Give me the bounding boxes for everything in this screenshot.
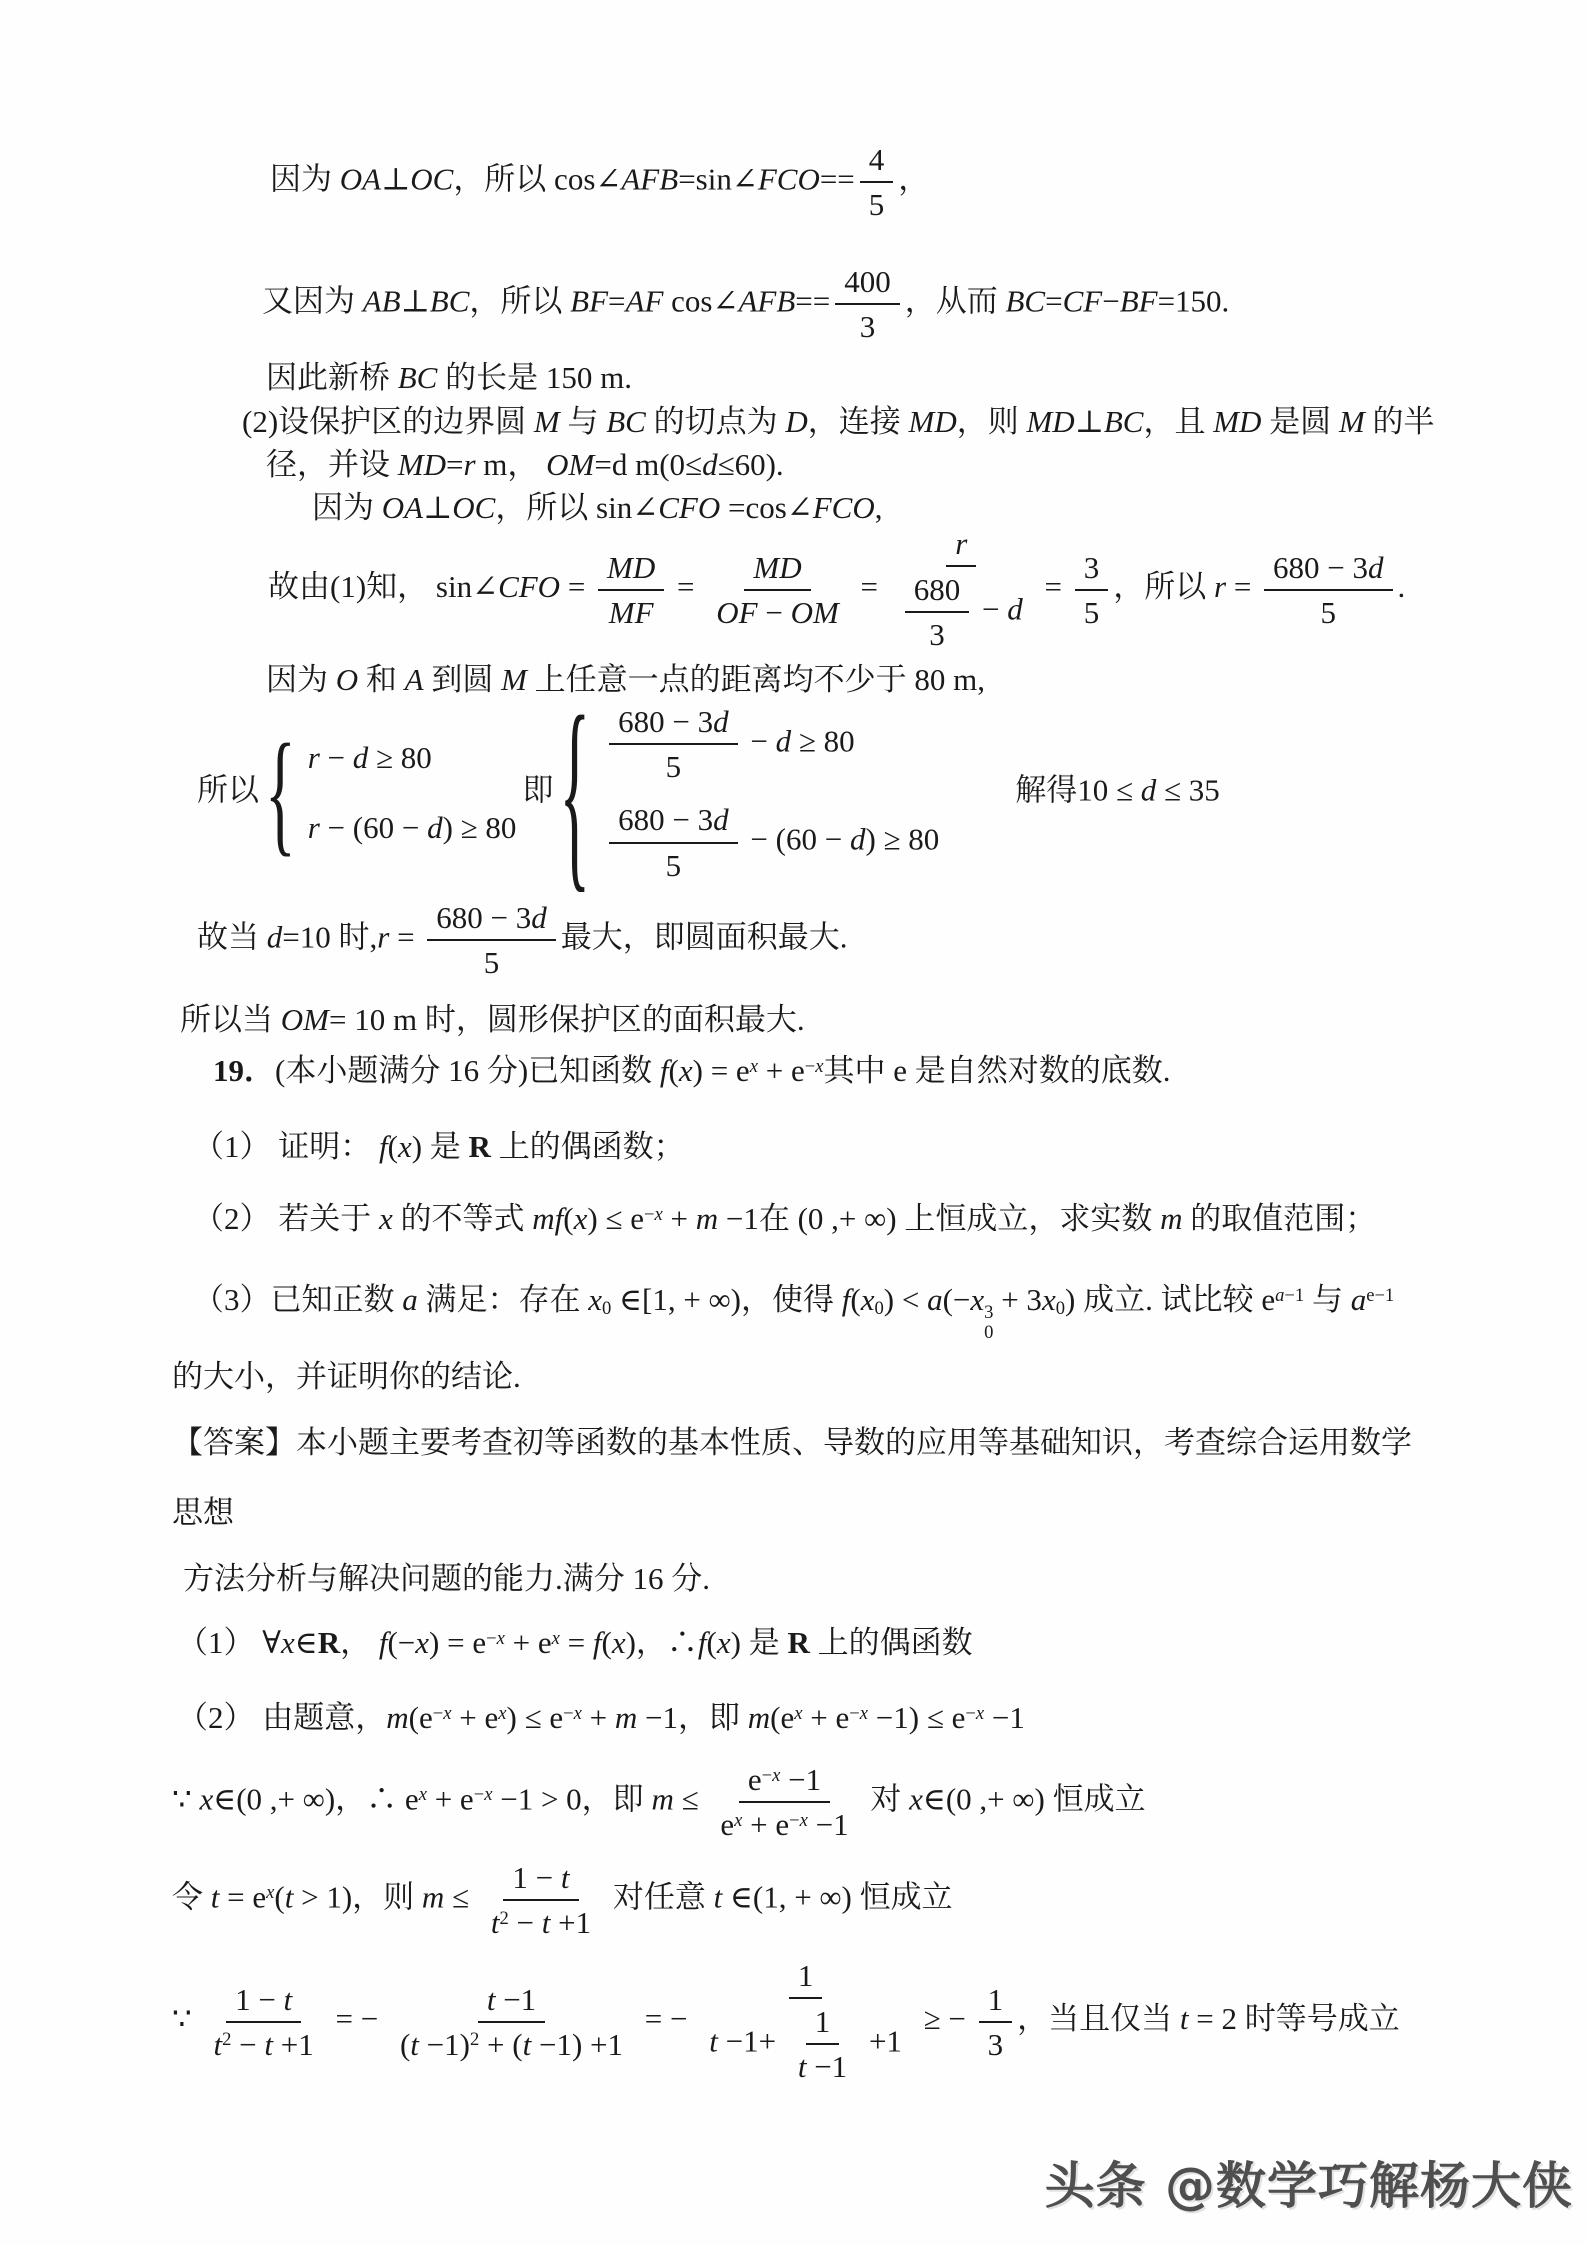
math-variable: d: [427, 810, 443, 845]
math-text: 对任意: [605, 1879, 714, 1914]
math-text: ∈(1, + ∞) 恒成立: [722, 1879, 952, 1914]
math-variable: x: [976, 1703, 984, 1724]
math-variable: t: [714, 1879, 723, 1914]
math-bold: 19．: [213, 1053, 275, 1088]
math-text: ，所以: [469, 283, 570, 318]
fraction-numerator: 1: [806, 2002, 840, 2045]
math-line-2: 因此新桥 BC 的长是 150 m.: [266, 358, 632, 398]
math-text: )，∴: [626, 1625, 698, 1660]
math-variable: OA: [340, 161, 381, 196]
fraction-numerator: MD: [744, 548, 810, 591]
math-text: =: [1037, 569, 1070, 604]
math-text: （1） ∀: [177, 1625, 281, 1660]
math-text: 680 − 3: [618, 802, 713, 837]
math-text: 2: [470, 2029, 479, 2050]
math-text: −: [805, 1056, 816, 1077]
math-variable: M: [1339, 404, 1365, 439]
math-variable: x: [860, 1703, 868, 1724]
fraction-denominator: MF: [600, 591, 663, 632]
math-text: =: [1226, 569, 1259, 604]
math-variable: x: [734, 1810, 742, 1831]
math-variable: t: [561, 1860, 570, 1895]
fraction-numerator: 400: [835, 262, 900, 305]
math-text: ，则: [957, 404, 1027, 439]
math-line-7: 因为 O 和 A 到圆 M 上任意一点的距离均不少于 80 m,: [266, 660, 985, 700]
math-variable: OC: [410, 161, 453, 196]
math-variable: r: [308, 810, 320, 845]
fraction: 680 − 3d5: [1264, 548, 1392, 632]
math-variable: t: [523, 2027, 532, 2062]
math-text: ，: [898, 161, 929, 196]
math-variable: a: [1351, 1282, 1367, 1317]
superscript: x: [419, 1784, 427, 1805]
math-variable: x: [679, 1053, 693, 1088]
math-line-9: 故当 d=10 时,r = 680 − 3d5最大，即圆面积最大.: [197, 898, 848, 982]
math-text: ，连接: [808, 404, 909, 439]
subscript: 0: [602, 1298, 611, 1319]
math-text: (: [602, 1625, 612, 1660]
math-variable: MD: [753, 550, 801, 585]
math-variable: d: [1141, 772, 1157, 807]
math-line-20: （2） 由题意，m(e−x + ex) ≤ e−x + m −1，即 m(ex …: [177, 1698, 1025, 1738]
math-variable: a: [402, 1282, 418, 1317]
math-line-14: （3）已知正数 a 满足：存在 x0 ∈[1, + ∞)，使得 f(x0) < …: [193, 1280, 1394, 1342]
math-variable: x: [717, 1625, 731, 1660]
math-line-13: （2） 若关于 x 的不等式 mf(x) ≤ e−x + m −1在 (0 ,+…: [193, 1199, 1376, 1239]
math-variable: x: [861, 1282, 875, 1317]
math-variable: AF: [626, 283, 664, 318]
math-text: −1: [1284, 1285, 1304, 1306]
math-text: − (60 −: [320, 810, 427, 845]
math-text: 的不等式: [393, 1201, 533, 1236]
math-text: = 2 时等号成立: [1189, 2001, 1400, 2036]
fraction-denominator: 3: [979, 2023, 1013, 2064]
math-variable: AFB: [738, 283, 795, 318]
fraction-denominator: OF − OM: [707, 591, 848, 632]
math-text: 1: [798, 1958, 814, 1993]
math-text: （1） 证明：: [193, 1129, 379, 1164]
math-text: −: [743, 723, 776, 758]
math-text: 的切点为: [646, 404, 786, 439]
math-line-23: ∵ 1 − tt2 − t +1 = − t −1(t −1)2 + (t −1…: [172, 1956, 1400, 2088]
superscript: −x: [563, 1703, 582, 1724]
math-text: ∈(0 ,+ ∞)，∴ e: [213, 1781, 418, 1816]
math-variable: mf: [532, 1201, 563, 1236]
math-text: 0: [1056, 1298, 1065, 1319]
math-text: =: [389, 919, 422, 954]
math-variable: x: [654, 1204, 662, 1225]
math-text: 0: [602, 1298, 611, 1319]
math-variable: OM: [791, 595, 839, 630]
math-text: =: [669, 569, 702, 604]
left-brace: {: [265, 725, 296, 863]
superscript: −x: [433, 1703, 452, 1724]
math-variable: t: [284, 1982, 293, 2017]
math-text: ==: [795, 283, 830, 318]
math-variable: f: [593, 1625, 602, 1660]
math-variable: MF: [609, 595, 654, 630]
math-text: （2） 若关于: [193, 1201, 379, 1236]
math-text: 即: [522, 772, 553, 807]
math-text: ⊥: [381, 161, 410, 196]
superscript: −x: [644, 1204, 663, 1225]
math-text: 5: [484, 945, 500, 980]
math-variable: x: [266, 1882, 274, 1903]
math-text: −1: [495, 1982, 536, 2017]
document-page: 因为 OA⊥OC，所以 cos∠AFB=sin∠FCO==45，又因为 AB⊥B…: [0, 0, 1587, 2245]
math-variable: AB: [363, 283, 401, 318]
math-variable: x: [415, 1625, 429, 1660]
math-text: (: [707, 1625, 717, 1660]
math-line-12: （1） 证明： f(x) 是 R 上的偶函数；: [193, 1127, 685, 1167]
subscript: 0: [874, 1298, 883, 1319]
math-variable: x: [772, 1765, 780, 1786]
subscript: 0: [984, 1323, 993, 1343]
math-text: +: [582, 1700, 615, 1735]
superscript: x: [552, 1628, 560, 1649]
math-line-8: 所以{r − d ≥ 80r − (60 − d) ≥ 80即{680 − 3d…: [197, 702, 1220, 885]
math-text: =: [560, 569, 593, 604]
math-text: + e: [742, 1807, 789, 1842]
cases-rows: r − d ≥ 80r − (60 − d) ≥ 80: [308, 738, 517, 849]
math-variable: d: [702, 447, 718, 482]
math-variable: d: [713, 704, 729, 739]
fraction-denominator: 5: [657, 844, 691, 885]
fraction-denominator: 5: [1312, 591, 1346, 632]
math-text: 的长是 150 m.: [437, 360, 632, 395]
math-text: 【答案】本小题主要考查初等函数的基本性质、导数的应用等基础知识，考查综合运用数学: [172, 1425, 1412, 1460]
math-text: =sin∠: [678, 161, 758, 196]
superscript: −x: [965, 1703, 984, 1724]
math-line-3: (2)设保护区的边界圆 M 与 BC 的切点为 D，连接 MD，则 MD⊥BC，…: [242, 402, 1435, 442]
math-text: =: [446, 447, 463, 482]
math-text: ==: [820, 161, 855, 196]
math-text: 1: [815, 2004, 831, 2039]
fraction-denominator: ex + e−x −1: [711, 1803, 857, 1844]
math-text: 上的偶函数；: [491, 1129, 685, 1164]
math-text: 的半: [1365, 404, 1435, 439]
math-text: 1: [988, 1982, 1004, 2017]
math-text: 3: [929, 617, 945, 652]
fraction: 1t −1+ 1t −1 +1: [700, 1956, 911, 2088]
math-variable: BC: [606, 404, 646, 439]
math-variable: x: [484, 1784, 492, 1805]
math-line-18: 方法分析与解决问题的能力.满分 16 分.: [183, 1559, 710, 1599]
math-variable: x: [398, 1129, 412, 1164]
math-text: +: [663, 1201, 696, 1236]
math-text: (: [850, 1282, 860, 1317]
fraction-numerator: 1 − t: [503, 1858, 578, 1901]
math-text: − (60 −: [743, 822, 850, 857]
math-text: (e: [770, 1700, 794, 1735]
math-text: 5: [869, 187, 885, 222]
math-variable: x: [794, 1703, 802, 1724]
math-text: 5: [666, 749, 682, 784]
math-text: ) 是: [731, 1625, 788, 1660]
math-text: 令: [172, 1879, 211, 1914]
math-bold: R: [318, 1625, 340, 1660]
cases-row: r − d ≥ 80: [308, 738, 432, 778]
fraction: 1 − tt2 − t +1: [204, 1980, 322, 2064]
math-variable: r: [308, 740, 320, 775]
math-text: (2)设保护区的边界圆: [242, 404, 534, 439]
superscript: −x: [849, 1703, 868, 1724]
fraction-denominator: (t −1)2 + (t −1) +1: [391, 2023, 632, 2064]
math-text: ) ≥ 80: [443, 810, 517, 845]
fraction-numerator: e−x −1: [739, 1760, 830, 1803]
math-text: e: [748, 1762, 762, 1797]
math-text: 1 −: [235, 1982, 283, 2017]
math-text: −: [433, 1703, 444, 1724]
math-text: 上的偶函数: [810, 1625, 973, 1660]
fraction: r6803 − d: [891, 524, 1032, 656]
superscript: a−1: [1275, 1285, 1304, 1306]
math-variable: x: [574, 1703, 582, 1724]
math-text: (本小题满分 16 分)已知函数: [275, 1053, 660, 1088]
math-text: 的大小，并证明你的结论.: [172, 1359, 521, 1394]
math-text: =10 时,: [282, 919, 377, 954]
math-line-15: 的大小，并证明你的结论.: [172, 1357, 521, 1397]
math-text: ，所以: [1113, 569, 1214, 604]
math-text: 与: [1304, 1282, 1351, 1317]
math-text: cos∠: [663, 283, 738, 318]
math-variable: m: [386, 1700, 408, 1735]
math-variable: m: [696, 1201, 718, 1236]
math-text: > 1)，则: [293, 1879, 422, 1914]
superscript: −x: [805, 1056, 824, 1077]
superscript: e−1: [1366, 1285, 1394, 1306]
math-variable: A: [405, 662, 424, 697]
math-text: ，且: [1143, 404, 1213, 439]
math-text: 2: [499, 1908, 508, 1929]
math-variable: MD: [1026, 404, 1074, 439]
math-variable: MD: [607, 550, 655, 585]
math-variable: a: [1275, 1285, 1284, 1306]
math-text: 400: [844, 264, 891, 299]
math-text: 故当: [197, 919, 267, 954]
math-text: ) ≥ 80: [865, 822, 939, 857]
math-variable: D: [785, 404, 807, 439]
math-variable: t: [264, 2027, 273, 2062]
math-variable: r: [463, 447, 475, 482]
math-text: + e: [803, 1700, 850, 1735]
fraction-numerator: 680 − 3d: [609, 800, 737, 843]
math-text: −1) ≤ e: [868, 1700, 965, 1735]
math-text: ) = e: [693, 1053, 750, 1088]
math-variable: r: [377, 919, 389, 954]
watermark: 头条 @数学巧解杨大侠: [1045, 2146, 1573, 2218]
math-text: 680: [914, 572, 961, 607]
math-text: ) 成立. 试比较 e: [1065, 1282, 1275, 1317]
math-variable: x: [588, 1282, 602, 1317]
math-text: −: [231, 2027, 264, 2062]
math-text: 是圆: [1261, 404, 1339, 439]
fraction-numerator: r: [946, 524, 976, 567]
math-variable: f: [379, 1129, 388, 1164]
math-text: ≤60).: [718, 447, 784, 482]
math-text: ) = e: [429, 1625, 486, 1660]
math-line-0: 因为 OA⊥OC，所以 cos∠AFB=sin∠FCO==45，: [270, 140, 929, 224]
subscript: 0: [1056, 1298, 1065, 1319]
math-text: + e: [427, 1781, 474, 1816]
superscript: x: [734, 1810, 742, 1831]
superscript: −x: [486, 1628, 505, 1649]
math-variable: t: [1180, 2001, 1189, 2036]
math-text: 因为: [312, 490, 382, 525]
math-text: + e: [452, 1700, 499, 1735]
fraction-denominator: t2 − t +1: [204, 2023, 322, 2064]
math-text: 0: [874, 1298, 883, 1319]
cases-row: 680 − 3d5 − d ≥ 80: [604, 702, 854, 786]
math-text: (: [669, 1053, 679, 1088]
math-text: 解得10 ≤: [1015, 772, 1141, 807]
math-text: 思想: [172, 1495, 234, 1530]
fraction: 680 − 3d5: [609, 800, 737, 884]
math-text: −: [563, 1703, 574, 1724]
math-text: 和: [358, 662, 405, 697]
superscript: −x: [474, 1784, 493, 1805]
math-text: ≤ 35: [1156, 772, 1220, 807]
math-line-17: 思想: [172, 1493, 234, 1533]
math-text: .: [1398, 569, 1406, 604]
math-variable: m: [615, 1700, 637, 1735]
math-variable: d: [1007, 591, 1023, 626]
math-variable: x: [552, 1628, 560, 1649]
left-brace: {: [559, 686, 590, 900]
cases-system: {r − d ≥ 80r − (60 − d) ≥ 80: [265, 738, 516, 849]
math-text: m，: [476, 447, 547, 482]
math-variable: OM: [281, 1002, 329, 1037]
math-text: (: [274, 1879, 284, 1914]
fraction-numerator: 3: [1075, 548, 1109, 591]
fraction-numerator: 680: [905, 570, 970, 613]
fraction-numerator: 1: [789, 1956, 823, 1999]
math-text: 上任意一点的距离均不少于 80 m,: [527, 662, 985, 697]
fraction: t −1(t −1)2 + (t −1) +1: [391, 1980, 632, 2064]
math-text: 4: [869, 142, 885, 177]
math-variable: M: [534, 404, 560, 439]
math-line-1: 又因为 AB⊥BC，所以 BF=AF cos∠AFB==4003，从而 BC=C…: [262, 262, 1229, 346]
fraction: 680 − 3d5: [609, 702, 737, 786]
fraction: MDOF − OM: [707, 548, 848, 632]
math-text: ∈[1, + ∞)，使得: [611, 1282, 841, 1317]
math-variable: OM: [546, 447, 594, 482]
fraction-denominator: 5: [657, 745, 691, 786]
math-text: 又因为: [262, 283, 363, 318]
math-text: 因此新桥: [266, 360, 398, 395]
fraction: MDMF: [598, 548, 664, 632]
math-text: −1: [984, 1700, 1025, 1735]
math-line-10: 所以当 OM= 10 m 时，圆形保护区的面积最大.: [180, 1000, 805, 1040]
math-text: = −: [637, 2001, 695, 2036]
math-text: （2） 由题意，: [177, 1700, 386, 1735]
math-text: −: [509, 1905, 542, 1940]
math-text: =d m(0≤: [594, 447, 702, 482]
math-text: ≤: [444, 1879, 477, 1914]
math-variable: O: [336, 662, 358, 697]
fraction-denominator: 5: [860, 183, 894, 224]
math-line-6: 故由(1)知， sin∠CFO = MDMF = MDOF − OM = r68…: [268, 524, 1405, 656]
fraction-numerator: MD: [598, 548, 664, 591]
math-variable: MD: [398, 447, 446, 482]
math-text: −: [762, 1765, 773, 1786]
math-text: −: [320, 740, 353, 775]
math-text: −1) +1: [531, 2027, 623, 2062]
math-text: + (: [479, 2027, 522, 2062]
math-text: −1，即: [637, 1700, 747, 1735]
superscript: x: [498, 1703, 506, 1724]
math-text: 所以: [197, 772, 259, 807]
math-text: 径，并设: [266, 447, 398, 482]
fraction-denominator: 3: [851, 305, 885, 346]
math-variable: d: [713, 802, 729, 837]
math-text: ≥ 80: [368, 740, 432, 775]
math-text: +1: [861, 2023, 902, 2058]
math-variable: x: [909, 1781, 923, 1816]
math-variable: d: [776, 723, 792, 758]
math-variable: CFO: [658, 490, 720, 525]
math-bold: R: [787, 1625, 809, 1660]
math-text: + 3: [993, 1282, 1041, 1317]
math-text: 方法分析与解决问题的能力.满分 16 分.: [183, 1561, 710, 1596]
math-text: 其中 e 是自然对数的底数.: [823, 1053, 1170, 1088]
fraction: 1t −1: [789, 2002, 856, 2086]
math-text: 所以当: [180, 1002, 281, 1037]
math-text: ，当且仅当: [1017, 2001, 1180, 2036]
math-variable: d: [531, 900, 547, 935]
math-text: −1 > 0，即: [492, 1781, 651, 1816]
math-variable: x: [574, 1201, 588, 1236]
math-variable: x: [443, 1703, 451, 1724]
math-variable: BC: [1005, 283, 1045, 318]
math-variable: d: [353, 740, 369, 775]
math-variable: BC: [430, 283, 470, 318]
math-text: =cos∠: [720, 490, 813, 525]
math-line-21: ∵ x∈(0 ,+ ∞)，∴ ex + e−x −1 > 0，即 m ≤ e−x…: [172, 1760, 1146, 1844]
fraction-denominator: 5: [475, 941, 509, 982]
math-variable: m: [422, 1879, 444, 1914]
cases-system: {680 − 3d5 − d ≥ 80680 − 3d5 − (60 − d) …: [559, 702, 939, 885]
math-text: 680 − 3: [436, 900, 531, 935]
math-text: ⊥: [401, 283, 430, 318]
math-variable: CFO: [498, 569, 560, 604]
math-text: −: [1102, 283, 1119, 318]
math-variable: r: [955, 526, 967, 561]
math-text: ≥ 80: [791, 723, 855, 758]
math-text: ∈(0 ,+ ∞) 恒成立: [923, 1781, 1146, 1816]
math-line-19: （1） ∀x∈R， f(−x) = e−x + ex = f(x)，∴f(x) …: [177, 1623, 973, 1663]
math-text: −1): [419, 2027, 470, 2062]
math-variable: x: [497, 1628, 505, 1649]
math-text: =150.: [1158, 283, 1230, 318]
math-variable: a: [927, 1282, 943, 1317]
math-text: −: [644, 1204, 655, 1225]
math-text: 1 −: [512, 1860, 560, 1895]
math-bold: R: [469, 1129, 491, 1164]
math-text: 5: [1321, 595, 1337, 630]
math-text: ，从而: [905, 283, 1006, 318]
cases-rows: 680 − 3d5 − d ≥ 80680 − 3d5 − (60 − d) ≥…: [604, 702, 939, 885]
math-variable: OC: [452, 490, 495, 525]
math-text: −1: [808, 1807, 849, 1842]
math-text: 因为: [266, 662, 336, 697]
math-text: 0: [984, 1322, 993, 1343]
math-text: （3）已知正数: [193, 1282, 402, 1317]
math-text: 3: [988, 2027, 1004, 2062]
math-variable: M: [501, 662, 527, 697]
math-text: 5: [1084, 595, 1100, 630]
math-text: 680 − 3: [1273, 550, 1368, 585]
